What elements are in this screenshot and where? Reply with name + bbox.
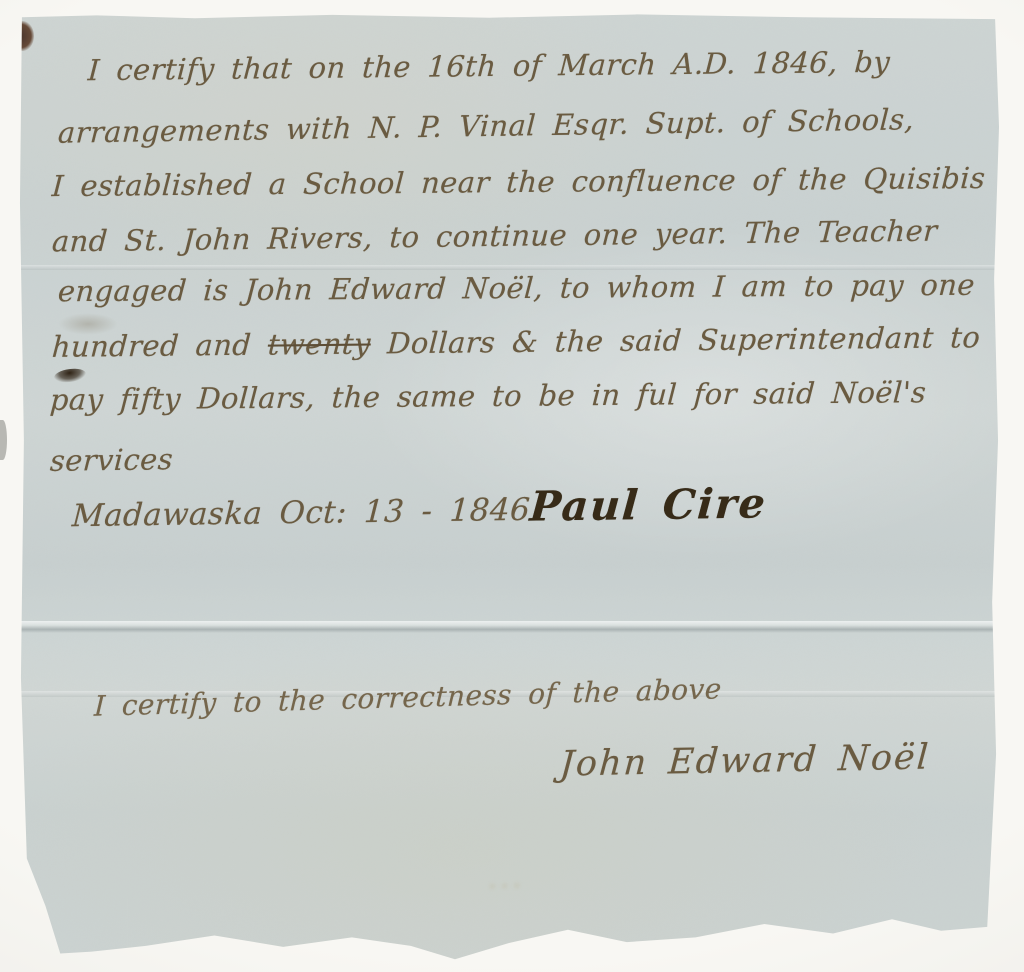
signature-john-edward-noel: John Edward Noël xyxy=(559,737,932,784)
manuscript-line-2: arrangements with N. P. Vinal Esqr. Supt… xyxy=(57,102,915,149)
signature-paul-cire: Paul Cire xyxy=(528,479,768,530)
manuscript-line-4: and St. John Rivers, to continue one yea… xyxy=(51,214,938,259)
manuscript-line-8: services xyxy=(49,442,174,478)
dateline: Madawaska Oct: 13 - 1846 xyxy=(71,492,531,534)
manuscript-line-1: I certify that on the 16th of March A.D.… xyxy=(87,45,891,87)
struck-out-word: twenty xyxy=(267,327,372,362)
line-6-prefix: hundred and xyxy=(51,328,269,364)
manuscript-line-5: engaged is John Edward Noël, to whom I a… xyxy=(57,268,976,308)
certification-line: I certify to the correctness of the abov… xyxy=(93,672,722,723)
ghost-bleedthrough: ... xyxy=(487,857,698,898)
scan-background: { "document": { "kind": "handwritten cer… xyxy=(0,0,1024,972)
manuscript-line-3: I established a School near the confluen… xyxy=(51,161,986,203)
document-paper: ... I certify that on the 16th of March … xyxy=(18,13,1000,963)
line-6-suffix: Dollars & the said Superintendant to xyxy=(370,320,982,360)
paper-grain-texture xyxy=(18,13,1000,963)
manuscript-line-7: pay fifty Dollars, the same to be in ful… xyxy=(49,375,927,417)
corner-stain xyxy=(12,21,34,51)
manuscript-line-6: hundred and twenty Dollars & the said Su… xyxy=(51,320,981,364)
fold-crease-middle xyxy=(18,621,1000,633)
scanner-edge-mark xyxy=(0,420,7,460)
